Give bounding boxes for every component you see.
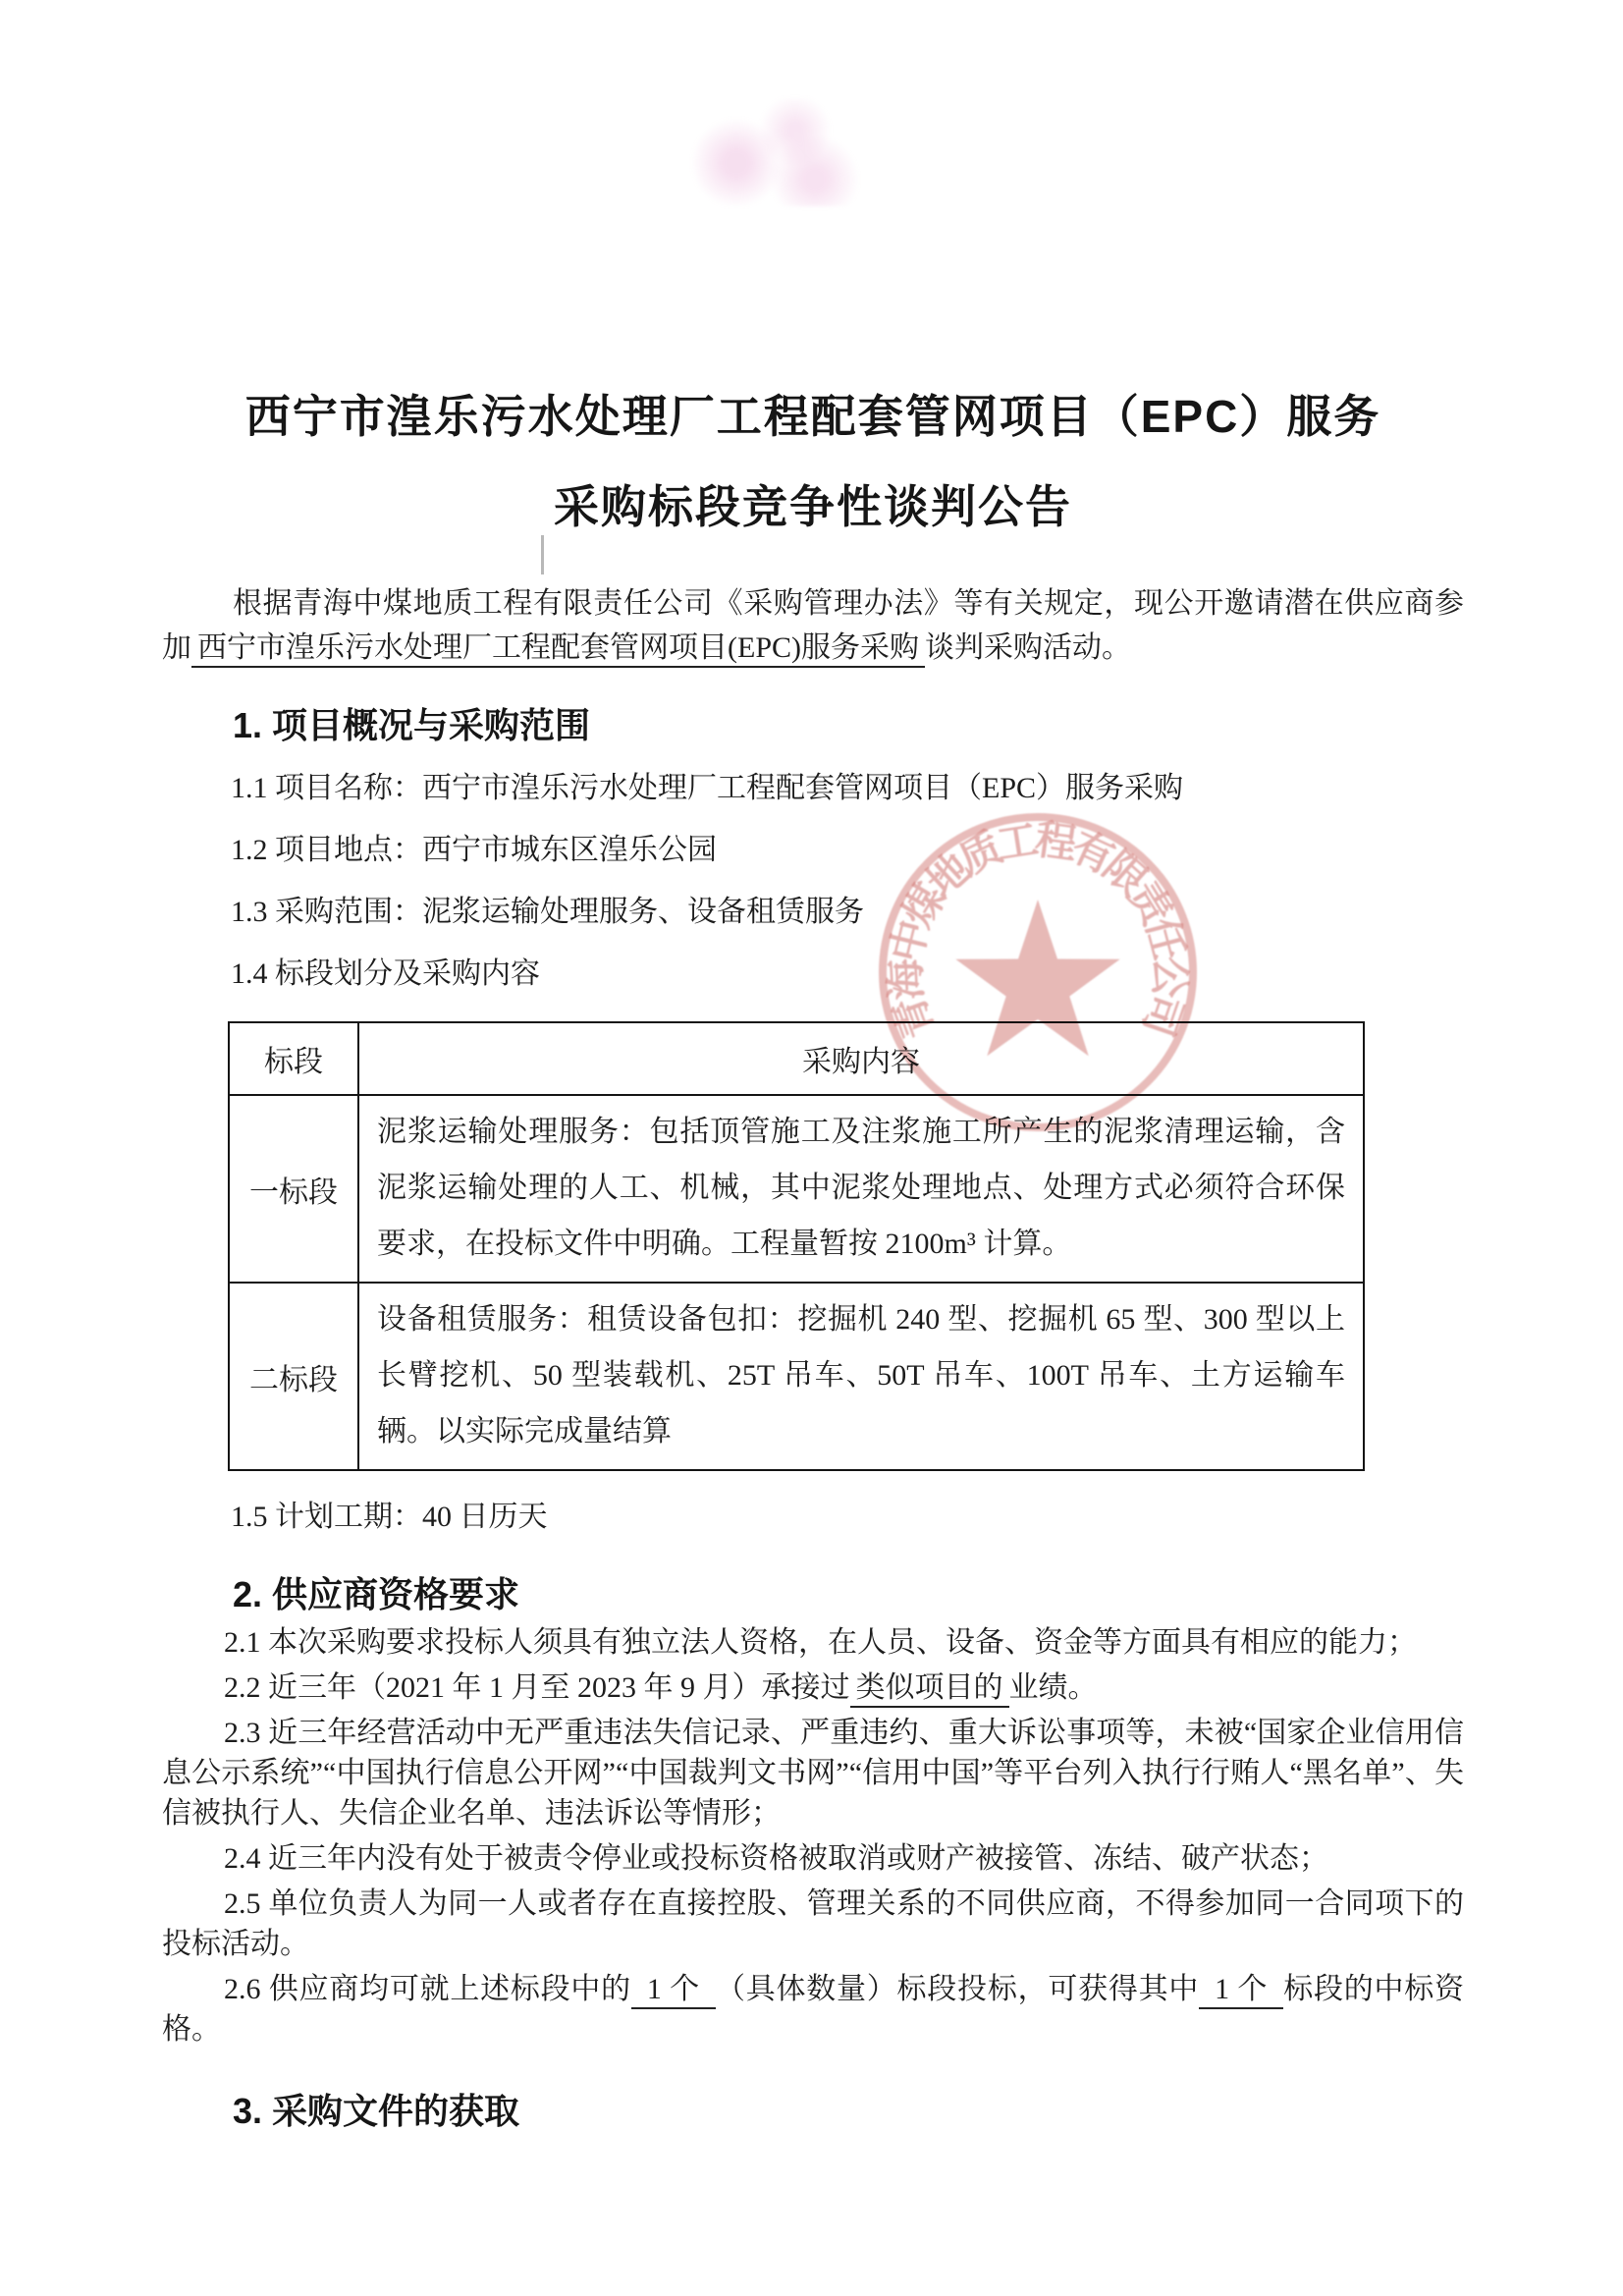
document-title-line1: 西宁市湟乐污水处理厂工程配套管网项目（EPC）服务 bbox=[162, 389, 1464, 444]
lots-table: 标段 采购内容 一标段 泥浆运输处理服务：包括顶管施工及注浆施工所产生的泥浆清理… bbox=[228, 1021, 1365, 1471]
section2-item-2-6: 2.6 供应商均可就上述标段中的1 个（具体数量）标段投标，可获得其中1 个标段… bbox=[162, 1969, 1464, 2050]
section3-heading: 3. 采购文件的获取 bbox=[162, 2089, 1464, 2134]
section1-item-1-2: 1.2 项目地点：西宁市城东区湟乐公园 bbox=[162, 828, 1464, 872]
item-2-6-part1: 2.6 供应商均可就上述标段中的 bbox=[224, 1973, 631, 2005]
section2-item-2-4: 2.4 近三年内没有处于被责令停业或投标资格被取消或财产被接管、冻结、破产状态； bbox=[162, 1838, 1464, 1879]
section2-heading: 2. 供应商资格要求 bbox=[162, 1572, 1464, 1617]
scan-smudge-artifact bbox=[677, 98, 874, 206]
section2-item-2-2: 2.2 近三年（2021 年 1 月至 2023 年 9 月）承接过类似项目的业… bbox=[162, 1667, 1464, 1708]
document-content: 西宁市湟乐污水处理厂工程配套管网项目（EPC）服务 采购标段竞争性谈判公告 根据… bbox=[162, 389, 1464, 2134]
section1-item-1-4: 1.4 标段划分及采购内容 bbox=[162, 952, 1464, 996]
section1-item-1-3: 1.3 采购范围：泥浆运输处理服务、设备租赁服务 bbox=[162, 890, 1464, 934]
document-title-line2: 采购标段竞争性谈判公告 bbox=[162, 479, 1464, 534]
table-header-content: 采购内容 bbox=[358, 1022, 1364, 1095]
intro-underlined-project-name: 西宁市湟乐污水处理厂工程配套管网项目(EPC)服务采购 bbox=[191, 631, 925, 668]
lot1-content: 泥浆运输处理服务：包括顶管施工及注浆施工所产生的泥浆清理运输，含泥浆运输处理的人… bbox=[358, 1095, 1364, 1283]
intro-paragraph: 根据青海中煤地质工程有限责任公司《采购管理办法》等有关规定，现公开邀请潜在供应商… bbox=[162, 581, 1464, 670]
item-2-6-part2: （具体数量）标段投标，可获得其中 bbox=[716, 1973, 1199, 2005]
item-2-2-post: 业绩。 bbox=[1009, 1671, 1098, 1704]
table-header-lot: 标段 bbox=[229, 1022, 358, 1095]
item-2-6-fill1: 1 个 bbox=[631, 1973, 716, 2009]
item-2-6-fill2: 1 个 bbox=[1199, 1973, 1283, 2009]
lot2-label: 二标段 bbox=[229, 1283, 358, 1470]
section2-item-2-1: 2.1 本次采购要求投标人须具有独立法人资格，在人员、设备、资金等方面具有相应的… bbox=[162, 1622, 1464, 1663]
lot2-content: 设备租赁服务：租赁设备包扣：挖掘机 240 型、挖掘机 65 型、300 型以上… bbox=[358, 1283, 1364, 1470]
section2-item-2-3: 2.3 近三年经营活动中无严重违法失信记录、严重违约、重大诉讼事项等，未被“国家… bbox=[162, 1713, 1464, 1833]
section1-item-1-1: 1.1 项目名称：西宁市湟乐污水处理厂工程配套管网项目（EPC）服务采购 bbox=[162, 766, 1464, 810]
item-2-2-underlined: 类似项目的 bbox=[850, 1671, 1009, 1708]
section2-item-2-5: 2.5 单位负责人为同一人或者存在直接控股、管理关系的不同供应商，不得参加同一合… bbox=[162, 1884, 1464, 1964]
section1-item-1-5: 1.5 计划工期：40 日历天 bbox=[162, 1495, 1464, 1539]
table-header-row: 标段 采购内容 bbox=[229, 1022, 1364, 1095]
lot1-label: 一标段 bbox=[229, 1095, 358, 1283]
table-row-lot2: 二标段 设备租赁服务：租赁设备包扣：挖掘机 240 型、挖掘机 65 型、300… bbox=[229, 1283, 1364, 1470]
intro-post: 谈判采购活动。 bbox=[925, 631, 1131, 664]
section1-heading: 1. 项目概况与采购范围 bbox=[162, 703, 1464, 748]
item-2-2-pre: 2.2 近三年（2021 年 1 月至 2023 年 9 月）承接过 bbox=[224, 1671, 850, 1704]
table-row-lot1: 一标段 泥浆运输处理服务：包括顶管施工及注浆施工所产生的泥浆清理运输，含泥浆运输… bbox=[229, 1095, 1364, 1283]
scanned-document-page: 西宁市湟乐污水处理厂工程配套管网项目（EPC）服务 采购标段竞争性谈判公告 根据… bbox=[0, 0, 1623, 2296]
